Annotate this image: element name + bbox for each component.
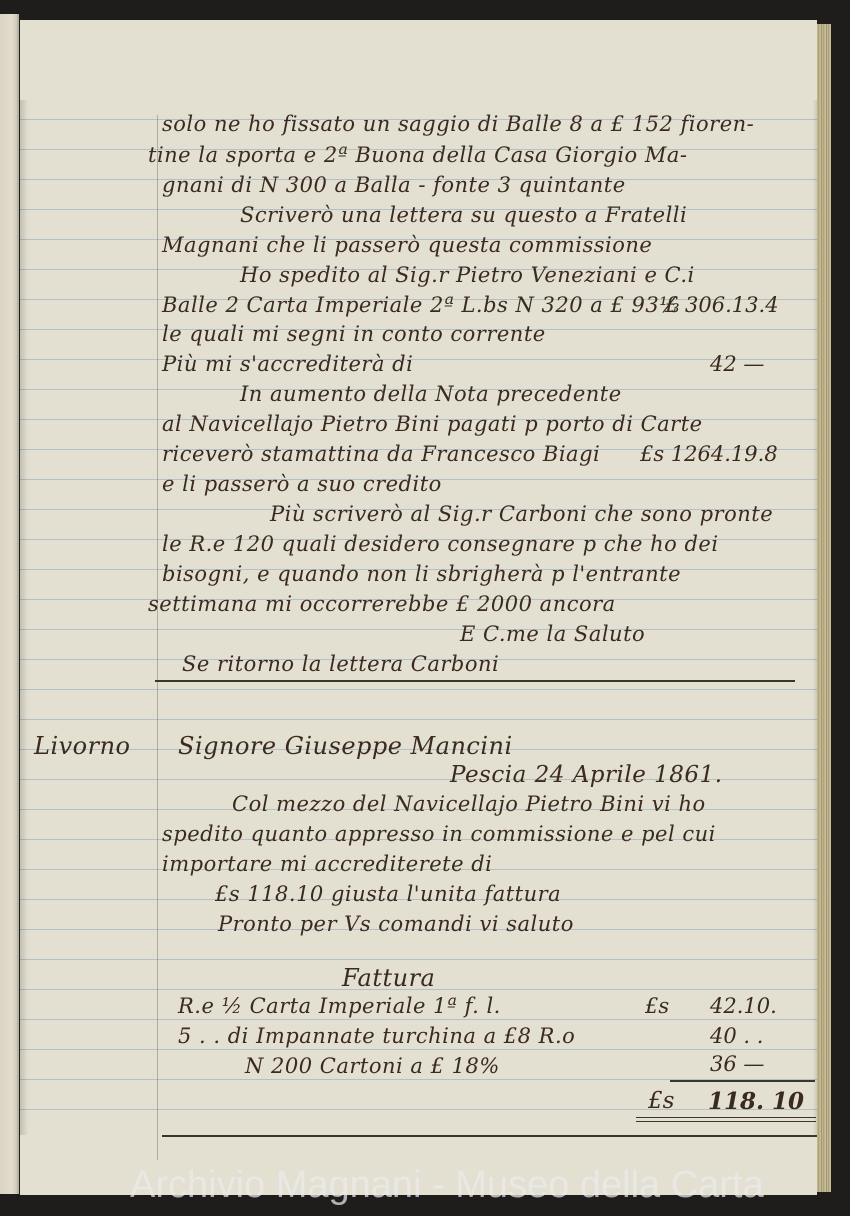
previous-page-edge <box>0 14 19 1194</box>
total-double-rule-bottom <box>636 1121 816 1122</box>
text-line: Più scriverò al Sig.r Carboni che sono p… <box>270 502 773 526</box>
text-line: bisogni, e quando non li sbrigherà p l'e… <box>162 562 681 586</box>
text-line: riceverò stamattina da Francesco Biagi <box>162 442 600 466</box>
text-line: le quali mi segni in conto corrente <box>162 322 546 346</box>
invoice-total: 118. 10 <box>708 1088 804 1115</box>
text-line: Magnani che li passerò questa commission… <box>162 233 652 257</box>
text-line: al Navicellajo Pietro Bini pagati p port… <box>162 412 703 436</box>
section-divider <box>155 680 795 682</box>
body-line: importare mi accrediterete di <box>162 852 492 876</box>
date-line: Pescia 24 Aprile 1861. <box>450 762 723 788</box>
text-line: tine la sporta e 2ª Buona della Casa Gio… <box>148 143 688 167</box>
text-line: Scriverò una lettera su questo a Fratell… <box>240 203 687 227</box>
text-line: le R.e 120 quali desidero consegnare p c… <box>162 532 719 556</box>
invoice-row-desc: N 200 Cartoni a £ 18% <box>245 1054 500 1078</box>
body-line: Pronto per Vs comandi vi saluto <box>218 912 574 936</box>
recipient-name: Signore Giuseppe Mancini <box>178 732 513 760</box>
invoice-row-amount: 42.10. <box>710 994 777 1018</box>
invoice-title: Fattura <box>342 964 435 992</box>
body-line: spedito quanto appresso in commissione e… <box>162 822 716 846</box>
place-name: Livorno <box>34 732 131 760</box>
invoice-row-desc: 5 . . di Impannate turchina a £8 R.o <box>178 1024 575 1048</box>
sum-rule <box>670 1080 815 1082</box>
invoice-total-currency: £s <box>648 1088 674 1114</box>
text-line: Balle 2 Carta Imperiale 2ª L.bs N 320 a … <box>162 293 680 317</box>
handwritten-text: solo ne ho fissato un saggio di Balle 8 … <box>20 20 817 1194</box>
invoice-row-amount: 36 — <box>710 1052 764 1076</box>
body-line: Col mezzo del Navicellajo Pietro Bini vi… <box>232 792 706 816</box>
text-line: solo ne ho fissato un saggio di Balle 8 … <box>162 112 754 136</box>
note-line: Se ritorno la lettera Carboni <box>182 652 499 676</box>
bottom-divider <box>162 1135 817 1137</box>
text-line: settimana mi occorrerebbe £ 2000 ancora <box>148 592 616 616</box>
body-line: £s 118.10 giusta l'unita fattura <box>215 882 561 906</box>
invoice-row-desc: R.e ½ Carta Imperiale 1ª f. l. <box>178 994 501 1018</box>
text-line: gnani di N 300 a Balla - fonte 3 quintan… <box>162 173 626 197</box>
amount-veneziani: £ 306.13.4 <box>665 293 779 317</box>
amount-accredito: 42 — <box>710 352 764 376</box>
archive-watermark: Archivio Magnani - Museo della Carta <box>130 1164 764 1207</box>
text-line: Più mi s'accrediterà di <box>162 352 413 376</box>
closing-salutation: E C.me la Saluto <box>460 622 645 646</box>
amount-biagi: £s 1264.19.8 <box>640 442 778 466</box>
ledger-page: solo ne ho fissato un saggio di Balle 8 … <box>20 20 817 1194</box>
invoice-row-currency: £s <box>645 994 669 1018</box>
text-line: In aumento della Nota precedente <box>240 382 622 406</box>
text-line: Ho spedito al Sig.r Pietro Veneziani e C… <box>240 263 695 287</box>
invoice-row-amount: 40 . . <box>710 1024 763 1048</box>
text-line: e li passerò a suo credito <box>162 472 442 496</box>
book-scan: solo ne ho fissato un saggio di Balle 8 … <box>0 0 850 1216</box>
total-double-rule-top <box>636 1117 816 1118</box>
page-stack-edge <box>817 24 831 1192</box>
